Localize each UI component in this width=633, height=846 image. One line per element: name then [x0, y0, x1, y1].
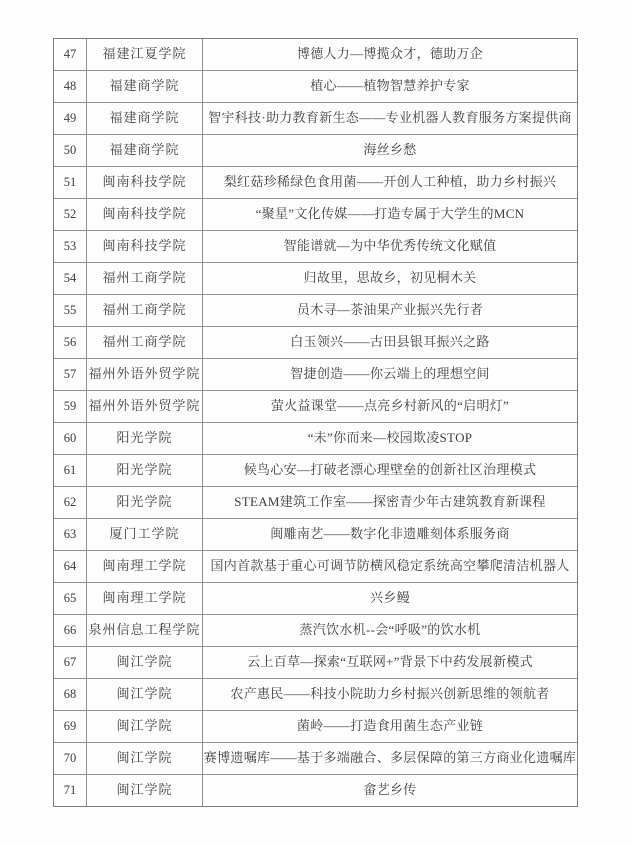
table-row: 68 闽江学院 农产惠民——科技小院助力乡村振兴创新思维的领航者	[54, 678, 577, 710]
row-number: 54	[54, 263, 86, 294]
project-title: 农产惠民——科技小院助力乡村振兴创新思维的领航者	[202, 679, 577, 710]
school-name: 阳光学院	[86, 487, 202, 518]
row-number: 49	[54, 103, 86, 134]
table-row: 52 闽南科技学院 “聚星”文化传媒——打造专属于大学生的MCN	[54, 198, 577, 230]
row-number: 50	[54, 135, 86, 166]
row-number: 47	[54, 39, 86, 70]
project-title: 萤火益课堂——点亮乡村新风的“启明灯”	[202, 391, 577, 422]
project-title: 国内首款基于重心可调节防横风稳定系统高空攀爬清洁机器人	[202, 551, 577, 582]
school-name: 闽江学院	[86, 679, 202, 710]
school-name: 闽江学院	[86, 775, 202, 806]
row-number: 66	[54, 615, 86, 646]
school-name: 闽南科技学院	[86, 199, 202, 230]
table-row: 64 闽南理工学院 国内首款基于重心可调节防横风稳定系统高空攀爬清洁机器人	[54, 550, 577, 582]
project-title: 海丝乡愁	[202, 135, 577, 166]
school-name: 福州工商学院	[86, 295, 202, 326]
row-number: 61	[54, 455, 86, 486]
project-title: STEAM建筑工作室——探密青少年古建筑教育新课程	[202, 487, 577, 518]
row-number: 67	[54, 647, 86, 678]
row-number: 62	[54, 487, 86, 518]
project-title: 菌岭——打造食用菌生态产业链	[202, 711, 577, 742]
school-name: 厦门工学院	[86, 519, 202, 550]
table-row: 65 闽南理工学院 兴乡鳗	[54, 582, 577, 614]
row-number: 57	[54, 359, 86, 390]
project-title: 植心——植物智慧养护专家	[202, 71, 577, 102]
table-row: 61 阳光学院 候鸟心安—打破老漂心理壁垒的创新社区治理模式	[54, 454, 577, 486]
project-title: 博德人力—博揽众才，德助万企	[202, 39, 577, 70]
school-name: 闽南科技学院	[86, 231, 202, 262]
project-title: 白玉领兴——古田县银耳振兴之路	[202, 327, 577, 358]
table-row: 47 福建江夏学院 博德人力—博揽众才，德助万企	[54, 39, 577, 70]
project-title: “聚星”文化传媒——打造专属于大学生的MCN	[202, 199, 577, 230]
project-title: 智宇科技·助力教育新生态——专业机器人教育服务方案提供商	[202, 103, 577, 134]
row-number: 63	[54, 519, 86, 550]
table-row: 67 闽江学院 云上百草—探索“互联网+”背景下中药发展新模式	[54, 646, 577, 678]
table-row: 63 厦门工学院 闽雕南艺——数字化非遗雕刻体系服务商	[54, 518, 577, 550]
school-name: 闽江学院	[86, 647, 202, 678]
school-name: 福建商学院	[86, 135, 202, 166]
table-row: 56 福州工商学院 白玉领兴——古田县银耳振兴之路	[54, 326, 577, 358]
project-title: 闽雕南艺——数字化非遗雕刻体系服务商	[202, 519, 577, 550]
table-row: 62 阳光学院 STEAM建筑工作室——探密青少年古建筑教育新课程	[54, 486, 577, 518]
project-title: 智捷创造——你云端上的理想空间	[202, 359, 577, 390]
school-name: 福建商学院	[86, 103, 202, 134]
table-row: 50 福建商学院 海丝乡愁	[54, 134, 577, 166]
table-row: 60 阳光学院 “未”你而来—校园欺凌STOP	[54, 422, 577, 454]
row-number: 69	[54, 711, 86, 742]
row-number: 56	[54, 327, 86, 358]
row-number: 64	[54, 551, 86, 582]
school-name: 福建江夏学院	[86, 39, 202, 70]
row-number: 48	[54, 71, 86, 102]
school-name: 福州工商学院	[86, 263, 202, 294]
table-row: 51 闽南科技学院 梨红菇珍稀绿色食用菌——开创人工种植，助力乡村振兴	[54, 166, 577, 198]
table-row: 54 福州工商学院 归故里，思故乡，初见桐木关	[54, 262, 577, 294]
project-title: 智能谱就—为中华优秀传统文化赋值	[202, 231, 577, 262]
school-name: 闽江学院	[86, 743, 202, 774]
project-title: 员木寻—茶油果产业振兴先行者	[202, 295, 577, 326]
school-name: 福州工商学院	[86, 327, 202, 358]
project-title: 赛博遗嘱库——基于多端融合、多层保障的第三方商业化遗嘱库	[202, 743, 577, 774]
project-title: 归故里，思故乡，初见桐木关	[202, 263, 577, 294]
school-name: 阳光学院	[86, 423, 202, 454]
row-number: 65	[54, 583, 86, 614]
row-number: 59	[54, 391, 86, 422]
row-number: 55	[54, 295, 86, 326]
table-row: 66 泉州信息工程学院 蒸汽饮水机--会“呼吸”的饮水机	[54, 614, 577, 646]
school-name: 闽江学院	[86, 711, 202, 742]
project-title: 梨红菇珍稀绿色食用菌——开创人工种植，助力乡村振兴	[202, 167, 577, 198]
row-number: 70	[54, 743, 86, 774]
project-title: 候鸟心安—打破老漂心理壁垒的创新社区治理模式	[202, 455, 577, 486]
row-number: 60	[54, 423, 86, 454]
table-row: 59 福州外语外贸学院 萤火益课堂——点亮乡村新风的“启明灯”	[54, 390, 577, 422]
table-row: 69 闽江学院 菌岭——打造食用菌生态产业链	[54, 710, 577, 742]
school-name: 福州外语外贸学院	[86, 359, 202, 390]
table-row: 53 闽南科技学院 智能谱就—为中华优秀传统文化赋值	[54, 230, 577, 262]
school-name: 福州外语外贸学院	[86, 391, 202, 422]
project-title: 云上百草—探索“互联网+”背景下中药发展新模式	[202, 647, 577, 678]
document-page: 47 福建江夏学院 博德人力—博揽众才，德助万企 48 福建商学院 植心——植物…	[0, 0, 633, 846]
school-name: 阳光学院	[86, 455, 202, 486]
row-number: 71	[54, 775, 86, 806]
school-name: 闽南科技学院	[86, 167, 202, 198]
row-number: 52	[54, 199, 86, 230]
table-row: 57 福州外语外贸学院 智捷创造——你云端上的理想空间	[54, 358, 577, 390]
table-row: 49 福建商学院 智宇科技·助力教育新生态——专业机器人教育服务方案提供商	[54, 102, 577, 134]
project-title: 畲艺乡传	[202, 775, 577, 806]
projects-table: 47 福建江夏学院 博德人力—博揽众才，德助万企 48 福建商学院 植心——植物…	[53, 38, 578, 807]
school-name: 闽南理工学院	[86, 551, 202, 582]
school-name: 福建商学院	[86, 71, 202, 102]
row-number: 68	[54, 679, 86, 710]
table-row: 71 闽江学院 畲艺乡传	[54, 774, 577, 806]
row-number: 51	[54, 167, 86, 198]
project-title: 兴乡鳗	[202, 583, 577, 614]
table-row: 70 闽江学院 赛博遗嘱库——基于多端融合、多层保障的第三方商业化遗嘱库	[54, 742, 577, 774]
row-number: 53	[54, 231, 86, 262]
school-name: 闽南理工学院	[86, 583, 202, 614]
project-title: 蒸汽饮水机--会“呼吸”的饮水机	[202, 615, 577, 646]
table-row: 55 福州工商学院 员木寻—茶油果产业振兴先行者	[54, 294, 577, 326]
table-row: 48 福建商学院 植心——植物智慧养护专家	[54, 70, 577, 102]
project-title: “未”你而来—校园欺凌STOP	[202, 423, 577, 454]
school-name: 泉州信息工程学院	[86, 615, 202, 646]
